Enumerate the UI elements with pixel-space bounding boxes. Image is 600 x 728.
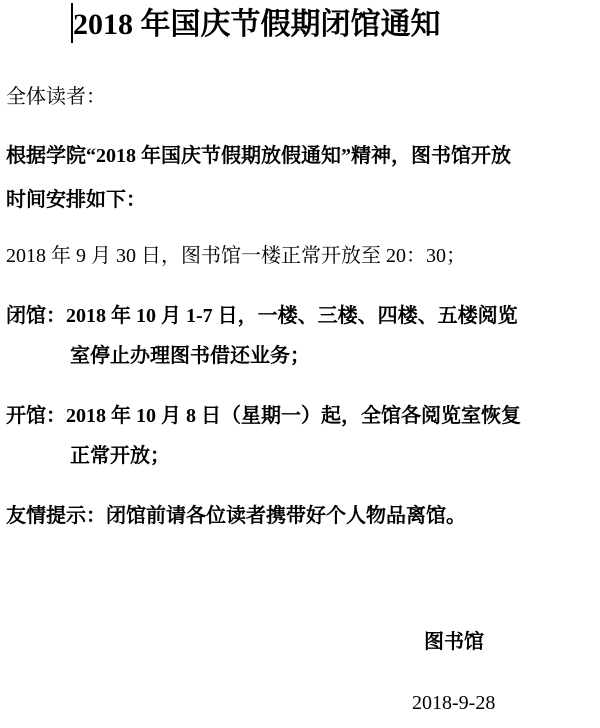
- intro-line-1: 根据学院“2018 年国庆节假期放假通知”精神，图书馆开放: [6, 144, 511, 168]
- notice-date: 2018-9-28: [412, 691, 495, 715]
- signature: 图书馆: [424, 630, 484, 654]
- open-schedule-line-1: 开馆：2018 年 10 月 8 日（星期一）起，全馆各阅览室恢复: [6, 404, 521, 428]
- notice-title: 2018 年国庆节假期闭馆通知: [73, 7, 441, 43]
- document-page[interactable]: 2018 年国庆节假期闭馆通知 全体读者： 根据学院“2018 年国庆节假期放假…: [0, 0, 600, 728]
- salutation: 全体读者：: [6, 85, 106, 109]
- closed-schedule-line-1: 闭馆：2018 年 10 月 1-7 日，一楼、三楼、四楼、五楼阅览: [6, 304, 518, 328]
- open-schedule-line-2: 正常开放；: [70, 444, 170, 468]
- intro-line-2: 时间安排如下：: [6, 188, 146, 212]
- schedule-sep30-line: 2018 年 9 月 30 日，图书馆一楼正常开放至 20：30；: [6, 244, 466, 268]
- reminder-line: 友情提示：闭馆前请各位读者携带好个人物品离馆。: [6, 504, 466, 528]
- closed-schedule-line-2: 室停止办理图书借还业务；: [70, 344, 310, 368]
